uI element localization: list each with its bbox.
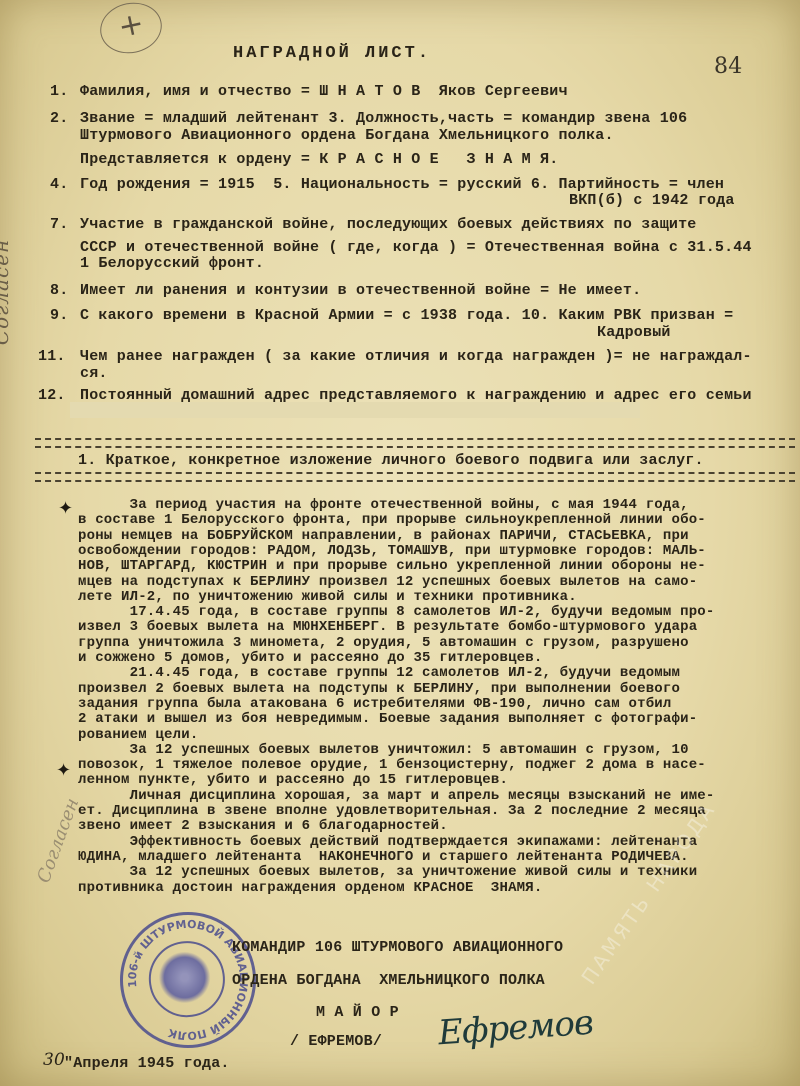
field-10-cont: Кадровый <box>597 325 671 340</box>
field-12-text: Постоянный домашний адрес представляемог… <box>80 388 752 403</box>
field-4-num: 4. <box>50 177 68 192</box>
citation-line: роны немцев на БОБРУЙСКОМ направлении, в… <box>78 529 689 543</box>
redacted-address <box>70 402 640 418</box>
citation-line: лете ИЛ-2, по уничтожению живой силы и т… <box>78 590 577 604</box>
margin-handwriting: Согласен <box>0 239 13 345</box>
signature-line-2: ОРДЕНА БОГДАНА ХМЕЛЬНИЦКОГО ПОЛКА <box>232 973 545 988</box>
field-8-text: Имеет ли ранения и контузии в отечествен… <box>80 283 641 298</box>
citation-line: Эффективность боевых действий подтвержда… <box>78 835 697 849</box>
field-2-text: Звание = младший лейтенант 3. Должность,… <box>80 111 687 126</box>
date-day: 30 <box>43 1052 65 1069</box>
star-mark-icon: ✦ <box>58 498 73 519</box>
margin-handwriting-lower: Согласен <box>33 795 83 885</box>
field-11-num: 11. <box>38 349 66 364</box>
date-rest: "Апреля 1945 года. <box>64 1056 230 1071</box>
circled-plus-mark-icon: + <box>95 0 166 59</box>
field-1-text: Фамилия, имя и отчество = Ш Н А Т О В Як… <box>80 84 568 99</box>
signature-line-1: КОМАНДИР 106 ШТУРМОВОГО АВИАЦИОННОГО <box>232 940 563 955</box>
field-7-cont2: 1 Белорусский фронт. <box>80 256 264 271</box>
star-mark-icon: ✦ <box>56 760 71 781</box>
field-7-cont: СССР и отечественной войне ( где, когда … <box>80 240 752 255</box>
citation-line: в составе 1 Белорусского фронта, при про… <box>78 513 706 527</box>
citation-line: Личная дисциплина хорошая, за март и апр… <box>78 789 715 803</box>
citation-line: задания группа была атакована 6 истребит… <box>78 697 672 711</box>
award-nomination: Представляется к ордену = К Р А С Н О Е … <box>80 152 558 167</box>
section-heading: 1. Краткое, конкретное изложение личного… <box>78 453 704 468</box>
citation-line: освобождении городов: РАДОМ, ЛОДЗЬ, ТОМА… <box>78 544 706 558</box>
citation-line: группа уничтожила 3 миномета, 2 орудия, … <box>78 636 689 650</box>
field-12-num: 12. <box>38 388 66 403</box>
citation-line: НОВ, ШТАРГАРД, КЮСТРИН и при прорыве сил… <box>78 559 706 573</box>
field-8-num: 8. <box>50 283 68 298</box>
page-number: 84 <box>714 56 742 78</box>
citation-line: звено имеет 2 взыскания и 6 благодарност… <box>78 819 448 833</box>
divider-top <box>35 438 795 448</box>
field-4-cont: ВКП(б) с 1942 года <box>569 193 735 208</box>
signer-rank: М А Й О Р <box>316 1005 399 1020</box>
citation-line: ленном пункте, убито и рассеяно до 15 ги… <box>78 773 508 787</box>
citation-line: ЮДИНА, младшего лейтенанта НАКОНЕЧНОГО и… <box>78 850 689 864</box>
field-9-text: С какого времени в Красной Армии = с 193… <box>80 308 733 323</box>
citation-line: За 12 успешных боевых вылетов, за уничто… <box>78 865 697 879</box>
handwritten-signature: Ефремов <box>437 1003 594 1054</box>
citation-line: 17.4.45 года, в составе группы 8 самолет… <box>78 605 715 619</box>
citation-line: извел 3 боевых вылета на МЮНХЕНБЕРГ. В р… <box>78 620 697 634</box>
field-11-text: Чем ранее награжден ( за какие отличия и… <box>80 349 752 364</box>
field-1-num: 1. <box>50 84 68 99</box>
field-11-cont: ся. <box>80 366 108 381</box>
divider-bottom <box>35 472 795 482</box>
citation-line: произвел 2 боевых вылета на подступы к Б… <box>78 682 680 696</box>
citation-line: 2 атаки и вышел из боя невредимым. Боевы… <box>78 712 697 726</box>
field-9-num: 9. <box>50 308 68 323</box>
margin-mark-text: + <box>115 6 147 45</box>
citation-line: повозок, 1 тяжелое полевое орудие, 1 бен… <box>78 758 706 772</box>
signer-name: / ЕФРЕМОВ/ <box>290 1034 382 1049</box>
citation-line: За период участия на фронте отечественно… <box>78 498 689 512</box>
field-4-text: Год рождения = 1915 5. Национальность = … <box>80 177 724 192</box>
citation-line: 21.4.45 года, в составе группы 12 самоле… <box>78 666 680 680</box>
citation-line: За 12 успешных боевых вылетов уничтожил:… <box>78 743 689 757</box>
citation-line: и сожжено 5 домов, убито и рассеяно до 3… <box>78 651 542 665</box>
citation-line: мцев на подступах к БЕРЛИНУ произвел 12 … <box>78 575 697 589</box>
field-7-num: 7. <box>50 217 68 232</box>
field-2-num: 2. <box>50 111 68 126</box>
document-title: НАГРАДНОЙ ЛИСТ. <box>233 45 431 62</box>
field-7-text: Участие в гражданской войне, последующих… <box>80 217 697 232</box>
citation-line: рованием цели. <box>78 728 198 742</box>
watermark: ПАМЯТЬ НАРОДА <box>576 797 722 990</box>
field-2-cont: Штурмового Авиационного ордена Богдана Х… <box>80 128 614 143</box>
citation-line: ет. Дисциплина в звене вполне удовлетвор… <box>78 804 706 818</box>
citation-line: противника достоин награждения орденом К… <box>78 881 542 895</box>
